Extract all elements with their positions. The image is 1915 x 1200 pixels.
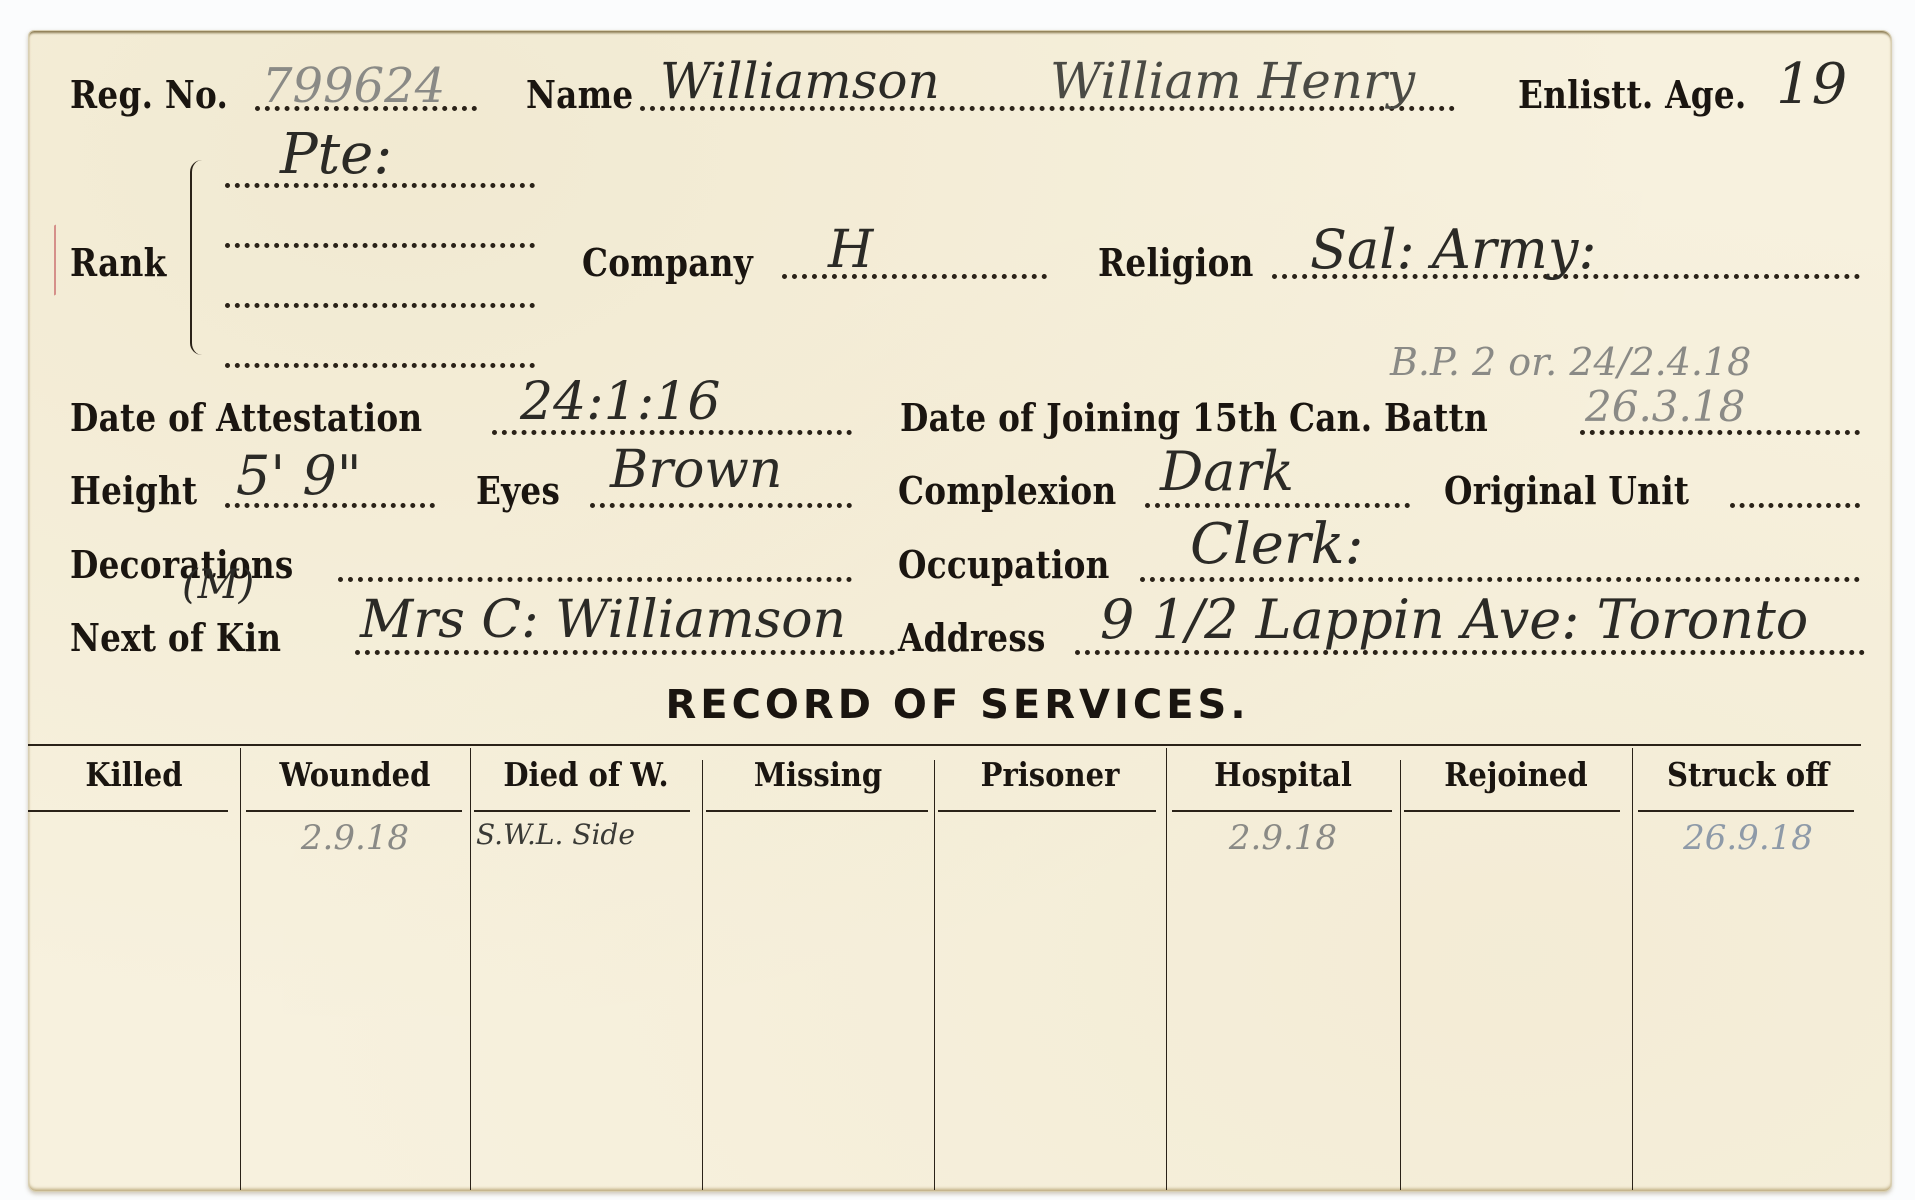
eyes-label: Eyes — [476, 468, 560, 513]
column-header-died-of-wounds: Died of W. — [484, 755, 688, 794]
cell-struck-off: 26.9.18 — [1632, 818, 1864, 858]
marital-status-note: (M) — [182, 562, 254, 608]
name-surname: Williamson — [660, 52, 940, 110]
religion-label: Religion — [1098, 240, 1254, 285]
company-label: Company — [582, 240, 753, 285]
table-top-rule — [28, 744, 1861, 746]
column-header-prisoner: Prisoner — [948, 755, 1152, 794]
column-rule-7 — [1632, 748, 1633, 1190]
column-header-struck-off: Struck off — [1646, 755, 1850, 794]
column-header-hospital: Hospital — [1180, 755, 1386, 794]
enlistment-age-value: 19 — [1776, 52, 1847, 117]
complexion-dots — [1145, 503, 1410, 508]
rank-dots-2 — [225, 243, 535, 248]
header-rule-6 — [1172, 810, 1392, 812]
original-unit-dots — [1730, 503, 1860, 508]
address-value: 9 1/2 Lappin Ave: Toronto — [1100, 588, 1808, 651]
rank-dots-4 — [225, 363, 535, 368]
header-rule-8 — [1638, 810, 1854, 812]
posting-annotation: B.P. 2 or. 24/2.4.18 — [1390, 340, 1751, 384]
original-unit-label: Original Unit — [1444, 468, 1689, 513]
company-dots — [782, 274, 1047, 279]
cell-died-of-wounds: S.W.L. Side — [470, 818, 676, 851]
attestation-value: 24:1:16 — [520, 372, 720, 432]
rank-brace — [190, 160, 212, 355]
cell-wounded: 2.9.18 — [240, 818, 470, 858]
record-of-services-title: RECORD OF SERVICES. — [0, 682, 1915, 728]
joining-label: Date of Joining 15th Can. Battn — [900, 395, 1488, 440]
column-rule-5 — [1166, 748, 1167, 1190]
name-given: William Henry — [1050, 52, 1415, 110]
address-label: Address — [898, 615, 1046, 660]
complexion-label: Complexion — [898, 468, 1116, 513]
column-header-killed: Killed — [41, 755, 228, 794]
complexion-value: Dark — [1160, 440, 1294, 503]
column-rule-3 — [702, 760, 703, 1190]
height-label: Height — [70, 468, 197, 513]
reg-no-value: 799624 — [262, 58, 445, 114]
eyes-dots — [590, 503, 852, 508]
column-header-wounded: Wounded — [254, 755, 456, 794]
column-rule-4 — [934, 760, 935, 1190]
eyes-value: Brown — [610, 440, 782, 500]
attestation-label: Date of Attestation — [70, 395, 422, 440]
joining-value: 26.3.18 — [1585, 382, 1745, 431]
header-rule-4 — [706, 810, 928, 812]
column-rule-2 — [470, 748, 471, 1190]
reg-no-label: Reg. No. — [70, 72, 228, 117]
header-rule-3 — [474, 810, 690, 812]
next-of-kin-value: Mrs C: Williamson — [360, 590, 846, 650]
enlistment-age-label: Enlistt. Age. — [1518, 72, 1747, 117]
header-rule-5 — [938, 810, 1156, 812]
occupation-label: Occupation — [898, 542, 1110, 587]
column-rule-6 — [1400, 760, 1401, 1190]
next-of-kin-dots — [355, 650, 895, 655]
rank-dots-3 — [225, 303, 535, 308]
header-rule-7 — [1404, 810, 1620, 812]
decorations-dots — [338, 577, 852, 582]
height-value: 5' 9" — [236, 444, 362, 507]
column-header-missing: Missing — [716, 755, 920, 794]
next-of-kin-label: Next of Kin — [70, 615, 281, 660]
name-label: Name — [526, 72, 633, 117]
column-rule-1 — [240, 748, 241, 1190]
header-rule-2 — [246, 810, 462, 812]
occupation-value: Clerk: — [1190, 512, 1363, 577]
religion-value: Sal: Army: — [1310, 218, 1597, 281]
cell-hospital: 2.9.18 — [1166, 818, 1400, 858]
rank-value: Pte: — [280, 122, 392, 187]
company-value: H — [828, 220, 873, 280]
column-header-rejoined: Rejoined — [1414, 755, 1618, 794]
header-rule-1 — [28, 810, 228, 812]
occupation-dots — [1140, 577, 1860, 582]
rank-label: Rank — [70, 240, 167, 285]
